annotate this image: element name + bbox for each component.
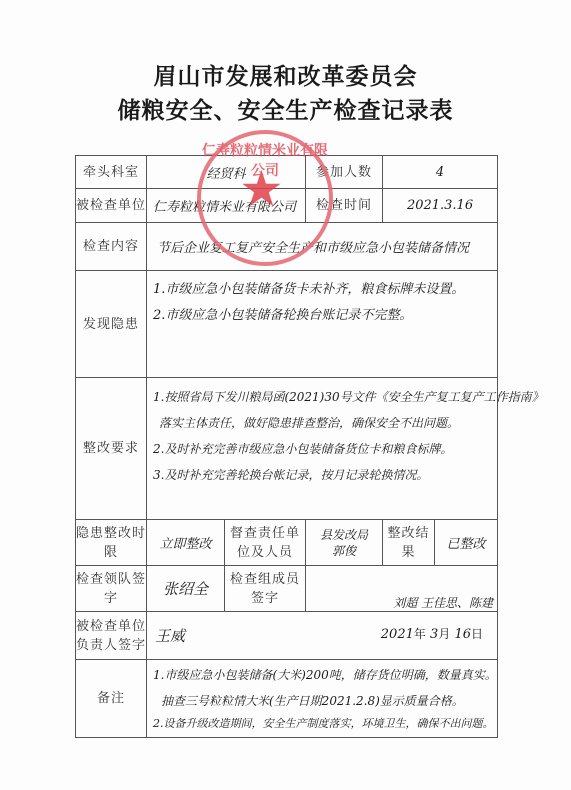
- sign-date-year: 2021: [381, 627, 414, 642]
- deadline-value[interactable]: 立即整改: [147, 520, 225, 566]
- result-value[interactable]: 已整改: [435, 520, 498, 566]
- month-unit: 月: [438, 627, 450, 641]
- page-title-line2: 储粮安全、安全生产检查记录表: [0, 92, 571, 125]
- hazards-label: 发现隐患: [76, 271, 147, 378]
- hazard-item: 2.市级应急小包装储备轮换台账记录不完整。: [147, 303, 497, 329]
- inspected-unit-value[interactable]: 仁寿粒粒情米业有限公司: [147, 189, 306, 223]
- rectification-item: 2.及时补充完善市级应急小包装储备货位卡和粮食标牌。: [147, 436, 497, 462]
- remarks-label: 备注: [76, 660, 147, 738]
- leader-signature[interactable]: 张绍全: [147, 566, 225, 612]
- supervisor-label: 督查责任单位及人员: [225, 520, 306, 566]
- rectification-item: 落实主体责任，做好隐患排查整治，确保安全不出问题。: [147, 410, 497, 436]
- sign-date: 2021年 3月 16日: [381, 625, 497, 642]
- content-label: 检查内容: [76, 223, 147, 271]
- supervisor-unit: 县发改局: [306, 527, 382, 543]
- page-title-line1: 眉山市发展和改革委员会: [0, 58, 571, 91]
- rectification-list[interactable]: 1.按照省局下发川粮局函(2021)30号文件《安全生产复工复产工作指南》 落实…: [147, 378, 498, 520]
- rectification-label: 整改要求: [76, 378, 147, 520]
- participants-label: 参加人数: [306, 156, 383, 189]
- hazard-item: 1.市级应急小包装储备货卡未补齐，粮食标牌未设置。: [147, 277, 497, 303]
- resp-sign-label: 被检查单位负责人签字: [76, 612, 147, 660]
- member-signatures[interactable]: 刘超 王佳思、陈建: [306, 566, 498, 612]
- supervisor-person: 郭俊: [306, 543, 382, 559]
- remarks-list[interactable]: 1.市级应急小包装储备(大米)200吨，储存货位明确，数量真实。 抽查三号粒粒情…: [147, 660, 498, 738]
- day-unit: 日: [471, 627, 483, 641]
- lead-dept-value[interactable]: 经贸科: [147, 156, 306, 189]
- inspection-time-value[interactable]: 2021.3.16: [383, 189, 498, 223]
- resp-signature: 王威: [147, 627, 185, 645]
- supervisor-value[interactable]: 县发改局 郭俊: [306, 520, 383, 566]
- deadline-label: 隐患整改时限: [76, 520, 147, 566]
- rectification-item: 3.及时补充完善轮换台帐记录，按月记录轮换情况。: [147, 462, 497, 488]
- member-sign-label: 检查组成员签字: [225, 566, 306, 612]
- inspection-time-label: 检查时间: [306, 189, 383, 223]
- hazards-list[interactable]: 1.市级应急小包装储备货卡未补齐，粮食标牌未设置。 2.市级应急小包装储备轮换台…: [147, 271, 498, 378]
- result-label: 整改结果: [383, 520, 435, 566]
- rectification-item: 1.按照省局下发川粮局函(2021)30号文件《安全生产复工复产工作指南》: [147, 384, 497, 410]
- remark-item: 1.市级应急小包装储备(大米)200吨，储存货位明确，数量真实。: [147, 662, 497, 688]
- inspection-record-table: 牵头科室 经贸科 参加人数 4 被检查单位 仁寿粒粒情米业有限公司 检查时间 2…: [75, 155, 498, 738]
- year-unit: 年: [414, 627, 426, 641]
- leader-sign-label: 检查领队签字: [76, 566, 147, 612]
- remark-item: 2.设备升级改造期间，安全生产制度落实，环境卫生，确保不出问题。: [147, 714, 497, 734]
- participants-value[interactable]: 4: [383, 156, 498, 189]
- resp-sign-cell[interactable]: 王威 2021年 3月 16日: [147, 612, 498, 660]
- content-value[interactable]: 节后企业复工复产安全生产和市级应急小包装储备情况: [147, 223, 498, 271]
- sign-date-day: 16: [454, 627, 471, 642]
- remark-item: 抽查三号粒粒情大米(生产日期2021.2.8)显示质量合格。: [147, 688, 497, 714]
- lead-dept-label: 牵头科室: [76, 156, 147, 189]
- inspected-unit-label: 被检查单位: [76, 189, 147, 223]
